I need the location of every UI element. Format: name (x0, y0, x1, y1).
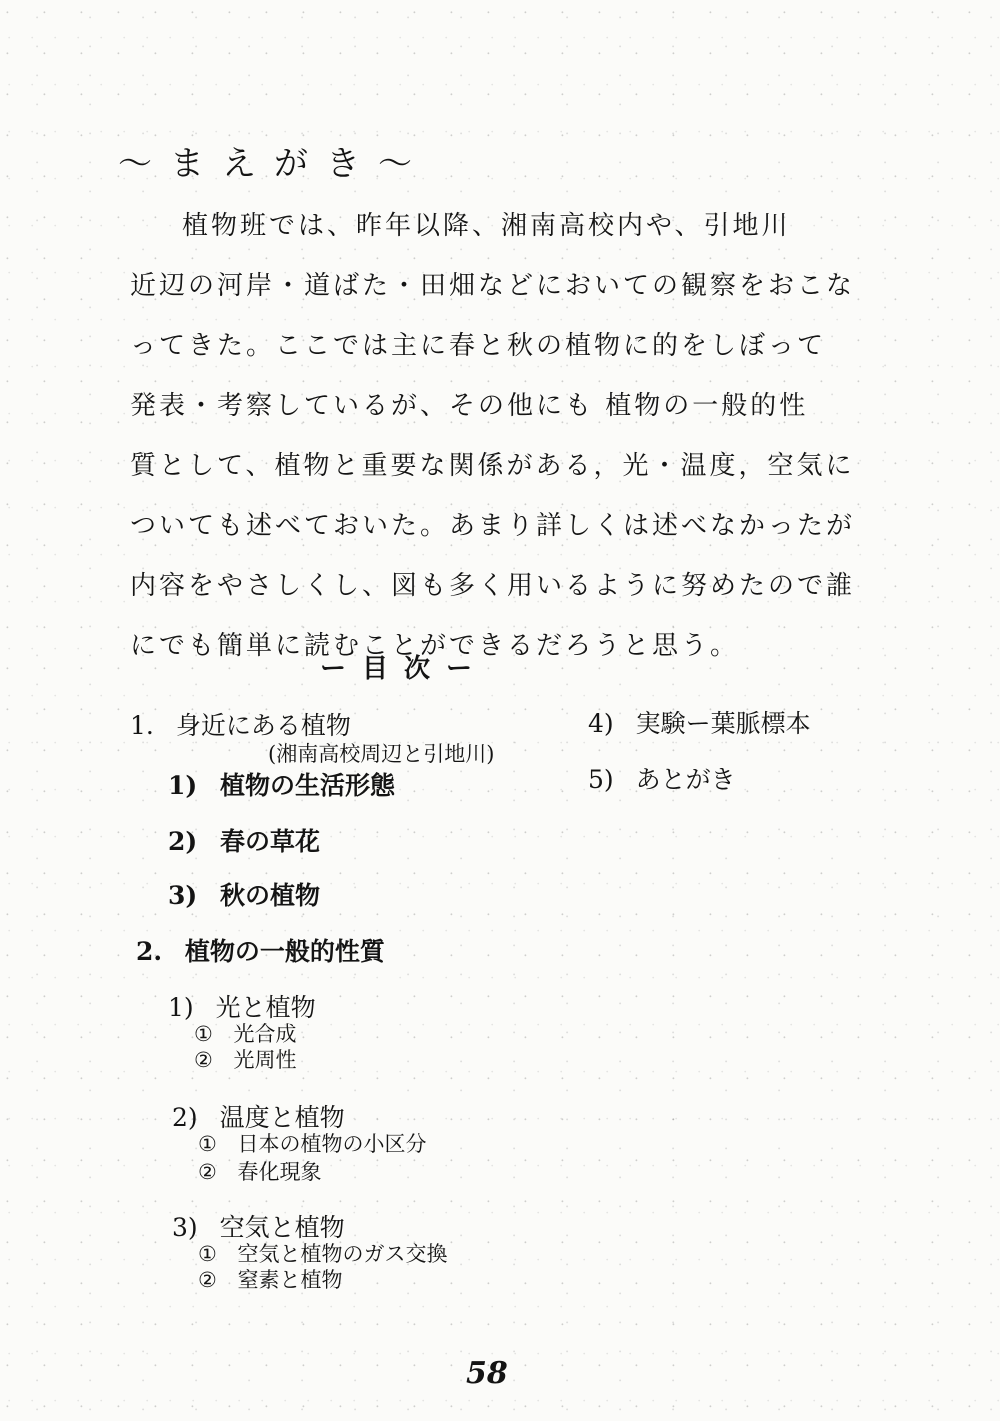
toc-item: 4) 実験ー葉脈標本 (588, 704, 811, 740)
toc-number: 5) (588, 765, 614, 794)
toc-number: 3) (172, 1213, 198, 1242)
toc-item: 3) 秋の植物 (168, 876, 320, 912)
toc-number: ① (194, 1022, 213, 1046)
toc-subitem: ① 日本の植物の小区分 (198, 1128, 427, 1158)
toc-label: 春の草花 (220, 827, 320, 856)
toc-label: 身近にある植物 (176, 711, 351, 740)
toc-label: 植物の一般的性質 (185, 937, 385, 966)
page-number: 58 (466, 1356, 508, 1391)
toc-label: 窒素と植物 (238, 1268, 343, 1292)
toc-number: 2) (172, 1103, 198, 1132)
toc-label: 光周性 (234, 1048, 297, 1072)
toc-section-2: 2. 植物の一般的性質 (136, 932, 385, 968)
toc-number: 1. (130, 711, 154, 740)
toc-number: 1) (168, 771, 197, 800)
toc-number: ① (198, 1132, 217, 1156)
toc-number: 2) (168, 827, 197, 856)
toc-number: ② (198, 1268, 217, 1292)
toc-label: 実験ー葉脈標本 (636, 709, 811, 738)
toc-section-1-note: (湘南高校周辺と引地川) (268, 738, 494, 768)
toc-number: 2. (136, 937, 162, 966)
toc-number: ① (198, 1242, 217, 1266)
toc-label: 日本の植物の小区分 (238, 1132, 427, 1156)
toc-number: ② (198, 1160, 217, 1184)
toc-label: 光合成 (234, 1022, 297, 1046)
toc-subitem: ② 春化現象 (198, 1156, 322, 1186)
toc-number: ② (194, 1048, 213, 1072)
table-of-contents: 1. 身近にある植物 (湘南高校周辺と引地川) 1) 植物の生活形態 2) 春の… (0, 0, 1000, 1421)
toc-subitem: ② 光周性 (194, 1044, 297, 1074)
toc-label: 植物の生活形態 (220, 771, 395, 800)
toc-number: 3) (168, 881, 197, 910)
toc-item: 5) あとがき (588, 760, 736, 796)
toc-label: あとがき (636, 765, 736, 794)
toc-subitem: ② 窒素と植物 (198, 1264, 343, 1294)
toc-number: 1) (168, 993, 194, 1022)
toc-label: 空気と植物のガス交換 (238, 1242, 448, 1266)
toc-item: 2) 春の草花 (168, 822, 320, 858)
toc-label: 春化現象 (238, 1160, 322, 1184)
document-page: 〜まえがき〜 植物班では、昨年以降、湘南高校内や、引地川 近辺の河岸・道ばた・田… (0, 0, 1000, 1421)
toc-item: 1) 植物の生活形態 (168, 766, 395, 802)
toc-number: 4) (588, 709, 614, 738)
toc-label: 秋の植物 (220, 881, 320, 910)
toc-section-1: 1. 身近にある植物 (130, 706, 351, 742)
